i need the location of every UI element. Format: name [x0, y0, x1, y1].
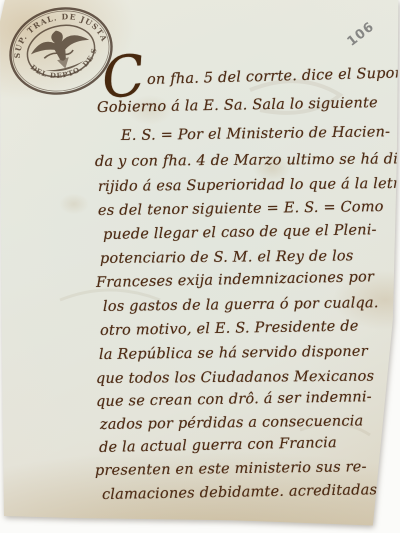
manuscript-line: es del tenor siguiente = E. S. = Como	[98, 199, 384, 219]
manuscript-line: clamaciones debidamte. acreditadas	[102, 482, 377, 503]
manuscript-line: que todos los Ciudadanos Mexicanos	[96, 369, 374, 387]
manuscript-line: E. S. = Por el Ministerio de Hacien-	[121, 124, 390, 144]
manuscript-line: de la actual guerra con Francia	[99, 435, 337, 456]
manuscript-line: potenciario de S. M. el Rey de los	[100, 248, 354, 267]
manuscript-line: da y con fha. 4 de Marzo ultimo se há di…	[95, 151, 400, 170]
manuscript-line: los gastos de la guerra ó por cualqa.	[103, 295, 379, 315]
manuscript-line: otro motivo, el E. S. Presidente de	[100, 318, 359, 339]
manuscript-line: zados por pérdidas a consecuencia	[100, 413, 364, 433]
manuscript-page: SUP. TRAL. DE JUSTA. DEL DEPTO. DE SONOR…	[0, 0, 400, 533]
scanned-document: SUP. TRAL. DE JUSTA. DEL DEPTO. DE SONOR…	[0, 0, 400, 533]
manuscript-line: on fha. 5 del corrte. dice el Supor.	[147, 65, 400, 88]
manuscript-line: presenten en este ministerio sus re-	[95, 459, 367, 479]
manuscript-line: que se crean con drô. á ser indemni-	[96, 389, 372, 410]
manuscript-line: puede llegar el caso de que el Pleni-	[103, 222, 377, 243]
manuscript-line: la República se há servido disponer	[99, 344, 368, 363]
pencil-folio-number: 106	[345, 19, 378, 49]
manuscript-line: Franceses exija indemnizaciones por	[96, 269, 374, 291]
manuscript-line: rijido á esa Superioridad lo que á la le…	[98, 176, 400, 195]
